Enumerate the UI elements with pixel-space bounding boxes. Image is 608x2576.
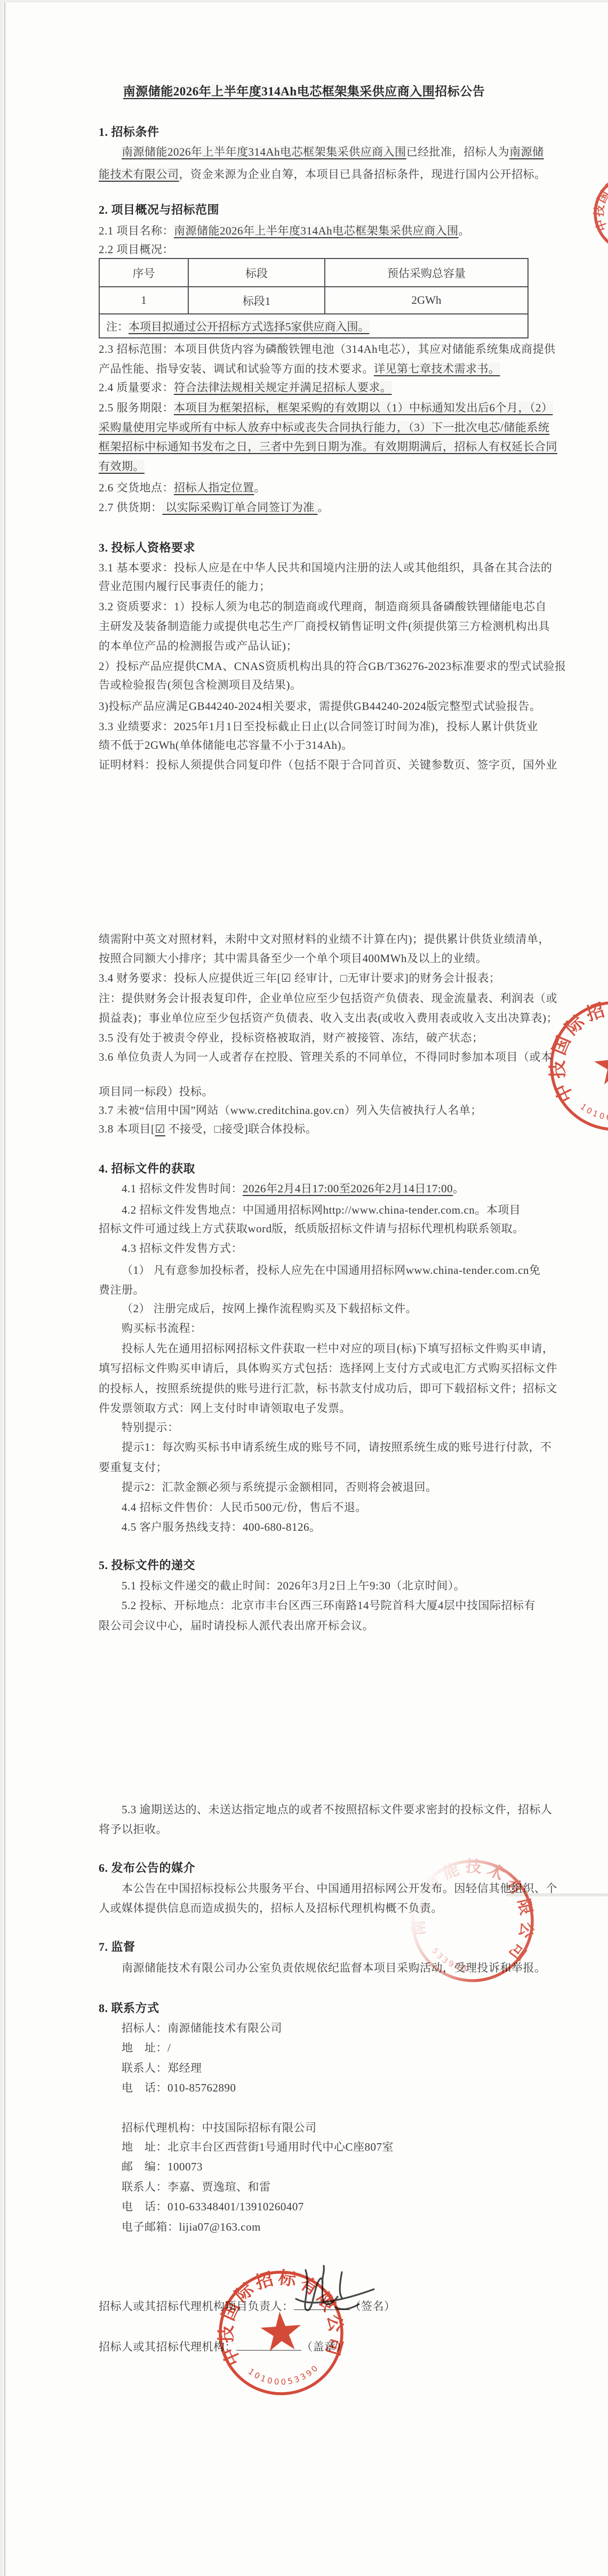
table-row: 序号标段预估采购总容量 [99,259,528,287]
section-heading: 1. 招标条件 [99,122,159,142]
text-span: （1） 凡有意参加投标者，投标人应先在中国通用招标网www.china-tend… [122,1264,540,1277]
text-line: 提示2：汇款金额必须与系统提示金额相同，否则将会被退回。 [122,1477,437,1497]
text-line: 3.5 没有处于被责令停业，投标资格被取消，财产被接管、冻结，破产状态； [99,1028,484,1048]
section-heading: 7. 监督 [99,1937,135,1957]
table-header-cell: 预估采购总容量 [325,259,528,287]
text-span: 4.2 招标文件发售地点：中国通用招标网http://www.china-ten… [122,1204,521,1216]
text-line: 购买标书流程： [122,1318,202,1338]
text-line: 2.2 项目概况： [99,239,174,260]
text-span: 注：提供财务会计报表复印件，企业单位应至少包括资产负债表、现金流量表、利润表（或 [99,992,557,1005]
text-line: 2.3 招标范围：本项目供货内容为磷酸铁锂电池（314Ah电芯），其应对储能系统… [99,339,556,359]
text-span: 已经批准，招标人为 [406,146,510,158]
text-span: 3.2 资质要求：1）投标人须为电芯的制造商或代理商，制造商须具备磷酸铁锂储能电… [99,600,547,613]
text-span: 绩需附中英文对照材料，未附中文对照材料的业绩不计算在内)；提供累计供货业绩清单， [99,933,550,946]
text-span: 1. 招标条件 [99,125,159,139]
underlined-text: 南源储能2026年上半年度314Ah电芯框架集采供应商入围 [122,146,406,158]
text-span: 告或检验报告(须包含检测项目及结果)。 [99,679,302,691]
text-span: 招标文件可通过线上方式获取word版，纸质版招标文件请与招标代理机构联系领取。 [99,1222,524,1235]
text-span: 填写招标文件购买申请后，具体购买方式包括：选择网上支付方式或电汇方式购买招标文件 [99,1362,557,1375]
text-line: 4.5 客户服务热线支持：400-680-8126。 [122,1517,321,1537]
underlined-text: 2026年2月4日17:00至2026年2月14日17:00 [243,1182,453,1195]
text-line: 损益表)；事业单位应至少包括资产负债表、收入支出表(或收入费用表或收入支出决算表… [99,1008,558,1028]
underlined-text: ☑ [155,1123,165,1135]
text-line: 5.1 投标文件递交的截止时间：2026年3月2日上午9:30（北京时间）。 [122,1576,465,1596]
underlined-text: 能技术有限公司 [99,168,179,181]
text-span: 地 址：/ [122,2041,171,2054]
table-note-cell: 注：本项目拟通过公开招标方式选择5家供应商入围。 [99,314,528,338]
text-span: 投标人先在通用招标网招标文件获取一栏中对应的项目(标)下填写招标文件购买申请， [122,1342,554,1355]
text-span: 的本单位产品的检测报告或产品认证)； [99,640,298,652]
svg-text:中技国际招标有限公司: 中技国际招标有限公司 [592,172,608,233]
text-span: 产品性能、指导安装、调试和试验等方面的技术要求。 [99,362,374,375]
text-span: 3.8 本项目[ [99,1123,155,1135]
document-title: 南源储能2026年上半年度314Ah电芯框架集采供应商入围招标公告 [0,82,608,102]
text-span: 提示2：汇款金额必须与系统提示金额相同，否则将会被退回。 [122,1481,437,1493]
text-line: 提示1：每次购买标书申请系统生成的账号不同，请按照系统生成的账号进行付款，不 [122,1437,552,1457]
text-span: 费注册。 [99,1283,145,1296]
scan-edge-band [0,0,7,2576]
text-span: 5.2 投标、开标地点：北京市丰台区西三环南路14号院首科大厦4层中技国际招标有 [122,1599,535,1612]
text-span: （2） 注册完成后，按网上操作流程购买及下载招标文件。 [122,1302,417,1315]
text-span: 2）投标产品应提供CMA、CNAS资质机构出具的符合GB/T36276-2023… [99,660,566,673]
text-span: 2.2 项目概况： [99,243,174,256]
underlined-text: 本项目为框架招标，框架采购的有效期以（1）中标通知发出后6个月，（2） [174,401,553,414]
text-line: 招标文件可通过线上方式获取word版，纸质版招标文件请与招标代理机构联系领取。 [99,1218,524,1239]
scan-top-edge [0,0,608,3]
table-header-cell: 标段 [188,259,325,287]
text-span: 3.3 业绩要求：2025年1月1日至投标截止日止(以合同签订时间为准)，投标人… [99,720,538,733]
text-line: 2.5 服务期限：本项目为框架招标，框架采购的有效期以（1）中标通知发出后6个月… [99,398,553,418]
text-span: 2.1 项目名称： [99,224,174,237]
text-span: 2. 项目概况与招标范围 [99,203,219,216]
text-line: 地 址：/ [122,2038,171,2058]
text-span: 联系人：郑经理 [122,2062,202,2074]
note-underlined-text: 本项目拟通过公开招标方式选择5家供应商入围。 [129,320,370,333]
underlined-text: 符合法律法规相关规定并满足招标人要求。 [174,381,392,394]
text-line: 招标代理机构：中技国际招标有限公司 [122,2118,317,2138]
text-span: 将予以拒收。 [99,1823,167,1836]
text-line: 5.3 逾期送达的、未送达指定地点的或者不按照招标文件要求密封的投标文件，招标人 [122,1799,553,1820]
text-line: 主研发及装备制造能力或提供电芯生产厂商授权销售证明文件(须提供第三方检测机构出具 [99,616,550,636]
section-heading: 6. 发布公告的媒介 [99,1858,195,1878]
text-line: 营业范围内履行民事责任的能力； [99,576,271,596]
text-span: ，资金来源为企业自筹，本项目已具备招标条件，现进行国内公开招标。 [179,168,546,181]
svg-text:中技国际招标有限公司: 中技国际招标有限公司 [540,991,608,1106]
text-span: 3.6 单位负责人为同一人或者存在控股、管理关系的不同单位，不得同时参加本项目（… [99,1051,553,1063]
text-line: 电 话：010-63348401/13910260407 [122,2197,304,2217]
text-line: 4.1 招标文件发售时间：2026年2月4日17:00至2026年2月14日17… [122,1178,465,1199]
text-line: 电子邮箱：lijia07@163.com [122,2217,261,2237]
text-span: 4. 招标文件的获取 [99,1162,195,1175]
text-span: 电 话：010-85762890 [122,2081,236,2094]
text-span: 4.3 招标文件发售方式： [122,1242,243,1255]
text-span: 3. 投标人资格要求 [99,541,195,554]
text-line: 3.2 资质要求：1）投标人须为电芯的制造商或代理商，制造商须具备磷酸铁锂储能电… [99,596,547,617]
text-span: 按照合同额大小排序；其中需具备至少一个单个项目400MWh及以上的业绩。 [99,952,487,965]
section-heading: 4. 招标文件的获取 [99,1159,195,1179]
agency-seal-right-edge-icon: 中技国际招标有限公司1101060 [539,990,608,1142]
text-line: 注：提供财务会计报表复印件，企业单位应至少包括资产负债表、现金流量表、利润表（或 [99,988,557,1008]
text-line: 5.2 投标、开标地点：北京市丰台区西三环南路14号院首科大厦4层中技国际招标有 [122,1595,535,1616]
text-line: 联系人：李嘉、贾逸瑄、和雷 [122,2177,271,2197]
text-span: 3.1 基本要求：投标人应是在中华人民共和国境内注册的法人或其他组织，具备在其合… [99,561,553,574]
text-line: 绩需附中英文对照材料，未附中文对照材料的业绩不计算在内)；提供累计供货业绩清单， [99,929,550,949]
text-line: 人或媒体提供信息而造成损失的，招标人及招标代理机构概不负责。 [99,1898,443,1918]
text-line: 地 址：北京丰台区西营街1号通用时代中心C座807室 [122,2137,394,2157]
text-span: 项目同一标段）投标。 [99,1085,213,1098]
table-cell: 1 [99,287,188,314]
text-line: 4.3 招标文件发售方式： [122,1238,243,1258]
text-line: 按照合同额大小排序；其中需具备至少一个单个项目400MWh及以上的业绩。 [99,948,487,968]
text-span: 6. 发布公告的媒介 [99,1861,195,1875]
text-line: 3.8 本项目[☑ 不接受，□接受]联合体投标。 [99,1119,317,1139]
text-span: 人或媒体提供信息而造成损失的，招标人及招标代理机构概不负责。 [99,1902,443,1915]
text-span: 4.1 招标文件发售时间： [122,1182,243,1195]
text-line: 项目同一标段）投标。 [99,1081,213,1102]
text-span: 。 [459,224,470,237]
text-line: 的投标人，按照系统提供的账号进行汇款，标书款支付成功后，即可下载招标文件；招标文 [99,1378,557,1399]
text-line: 2.7 供货期： 以实际采购订单合同签订为准 。 [99,497,329,518]
text-line: 费注册。 [99,1280,145,1300]
text-line: 3)投标产品应满足GB44240-2024相关要求，需提供GB44240-202… [99,696,541,716]
svg-text:1101060: 1101060 [574,1058,608,1126]
text-line: 将予以拒收。 [99,1819,167,1839]
text-span: 3.4 财务要求：投标人应提供近三年[☑ 经审计，□无审计要求]的财务会计报表； [99,972,500,984]
text-span: 招标公告 [435,85,485,98]
text-span: 4.5 客户服务热线支持：400-680-8126。 [122,1521,321,1533]
table-cell: 标段1 [188,287,325,314]
document-page: 南源储能2026年上半年度314Ah电芯框架集采供应商入围招标公告1. 招标条件… [0,0,608,2576]
text-span: 2.7 供货期： [99,501,163,514]
text-line: 3.1 基本要求：投标人应是在中华人民共和国境内注册的法人或其他组织，具备在其合… [99,558,553,578]
text-line: 4.4 招标文件售价：人民币500元/份，售后不退。 [122,1497,367,1517]
text-span: 主研发及装备制造能力或提供电芯生产厂商授权销售证明文件(须提供第三方检测机构出具 [99,620,550,633]
table-note-row: 注：本项目拟通过公开招标方式选择5家供应商入围。 [99,314,528,338]
text-line: 4.2 招标文件发售地点：中国通用招标网http://www.china-ten… [122,1200,521,1220]
text-line: 能技术有限公司，资金来源为企业自筹，本项目已具备招标条件，现进行国内公开招标。 [99,164,546,184]
text-line: 3.3 业绩要求：2025年1月1日至投标截止日止(以合同签订时间为准)，投标人… [99,716,538,737]
text-line: 限公司会议中心，届时请投标人派代表出席开标会议。 [99,1616,374,1636]
text-line: 2）投标产品应提供CMA、CNAS资质机构出具的符合GB/T36276-2023… [99,656,566,676]
text-span: 件发票领取方式：网上支付时申请领取电子发票。 [99,1402,351,1415]
text-span: 2.4 质量要求： [99,381,174,394]
svg-text:533908: 533908 [427,1944,473,1974]
text-span: 2.5 服务期限： [99,401,174,414]
text-line: （2） 注册完成后，按网上操作流程购买及下载招标文件。 [122,1298,417,1319]
underlined-text: 框架招标中标通知书发布之日，三者中先到日期为准。有效期期满后，招标人有权延长合同 [99,440,557,453]
underlined-text: 南源储能2026年上半年度314Ah电芯框架集采供应商入围 [123,85,435,98]
text-span: 限公司会议中心，届时请投标人派代表出席开标会议。 [99,1619,374,1632]
handwritten-signature-icon [291,2263,381,2327]
underlined-text: 以实际采购订单合同签订为准 [163,501,318,514]
section-heading: 8. 联系方式 [99,1998,159,2018]
text-span: 3.7 未被“信用中国”网站（www.creditchina.gov.cn）列入… [99,1104,482,1117]
text-line: 电 话：010-85762890 [122,2078,236,2098]
text-line: 框架招标中标通知书发布之日，三者中先到日期为准。有效期期满后，招标人有权延长合同 [99,437,557,457]
text-line: （1） 凡有意参加投标者，投标人应先在中国通用招标网www.china-tend… [122,1260,540,1280]
text-line: 3.7 未被“信用中国”网站（www.creditchina.gov.cn）列入… [99,1100,482,1120]
table-header-cell: 序号 [99,259,188,287]
text-span: 3.5 没有处于被责令停业，投标资格被取消，财产被接管、冻结，破产状态； [99,1031,484,1044]
text-span: 绩不低于2GWh(单体储能电芯容量不小于314Ah)。 [99,739,353,752]
text-span: 5.3 逾期送达的、未送达指定地点的或者不按照招标文件要求密封的投标文件，招标人 [122,1803,553,1816]
text-span: 4.4 招标文件售价：人民币500元/份，售后不退。 [122,1501,367,1514]
agency-seal-top-edge-icon: 中技国际招标有限公司 [590,169,608,257]
text-line: 的本单位产品的检测报告或产品认证)； [99,636,298,656]
underlined-text: 采购量使用完毕或所有中标人放弃中标或丧失合同执行能力，（3）下一批次电芯/储能系… [99,421,549,434]
text-span: 2.3 招标范围：本项目供货内容为磷酸铁锂电池（314Ah电芯），其应对储能系统… [99,343,556,356]
text-line: 证明材料：投标人须提供合同复印件（包括不限于合同首页、关键参数页、签字页，国外业 [99,755,557,775]
text-line: 产品性能、指导安装、调试和试验等方面的技术要求。详见第七章技术需求书。 [99,359,500,379]
underlined-text: 招标人指定位置 [174,481,254,494]
text-span: 招标代理机构：中技国际招标有限公司 [122,2121,317,2134]
text-span: 证明材料：投标人须提供合同复印件（包括不限于合同首页、关键参数页、签字页，国外业 [99,758,557,771]
text-line: 2.4 质量要求：符合法律法规相关规定并满足招标人要求。 [99,377,392,398]
text-span: 8. 联系方式 [99,2001,159,2015]
text-line: 邮 编：100073 [122,2157,203,2177]
text-line: 告或检验报告(须包含检测项目及结果)。 [99,675,302,695]
text-span: 电子邮箱：lijia07@163.com [122,2220,261,2233]
section-heading: 3. 投标人资格要求 [99,538,195,558]
table-cell: 2GWh [325,287,528,314]
text-line: 绩不低于2GWh(单体储能电芯容量不小于314Ah)。 [99,735,353,755]
text-span: 营业范围内履行民事责任的能力； [99,580,271,593]
text-line: 3.6 单位负责人为同一人或者存在控股、管理关系的不同单位，不得同时参加本项目（… [99,1047,553,1067]
text-line: 有效期。 [99,456,145,477]
text-span: 招标人：南源储能技术有限公司 [122,2022,282,2034]
text-span: 购买标书流程： [122,1322,202,1335]
svg-text:南源储能技术有限公司: 南源储能技术有限公司 [403,1843,551,1969]
text-span: 7. 监督 [99,1940,135,1953]
project-overview-table: 序号标段预估采购总容量1标段12GWh注：本项目拟通过公开招标方式选择5家供应商… [99,258,529,338]
text-line: 联系人：郑经理 [122,2058,202,2078]
underlined-text: 南源储 [509,146,544,158]
section-heading: 2. 项目概况与招标范围 [99,200,219,220]
scan-edge-line [4,0,5,2576]
text-span: 的投标人，按照系统提供的账号进行汇款，标书款支付成功后，即可下载招标文件；招标文 [99,1382,557,1395]
text-span: 。 [318,501,330,514]
text-span: 2.6 交货地点： [99,481,174,494]
text-span: 电 话：010-63348401/13910260407 [122,2200,304,2213]
text-span: 要重复支付； [99,1461,167,1474]
underlined-text: 详见第七章技术需求书。 [374,362,500,375]
text-span: 3)投标产品应满足GB44240-2024相关要求，需提供GB44240-202… [99,700,541,713]
text-line: 填写招标文件购买申请后，具体购买方式包括：选择网上支付方式或电汇方式购买招标文件 [99,1358,557,1378]
table-row: 1标段12GWh [99,287,528,314]
text-span: 邮 编：100073 [122,2160,203,2173]
text-line: 招标人：南源储能技术有限公司 [122,2018,282,2038]
text-line: 南源储能2026年上半年度314Ah电芯框架集采供应商入围已经批准，招标人为南源… [122,142,544,162]
text-span: 不接受，□接受]联合体投标。 [165,1123,317,1135]
text-line: 采购量使用完毕或所有中标人放弃中标或丧失合同执行能力，（3）下一批次电芯/储能系… [99,417,549,438]
underlined-text: 有效期。 [99,460,145,473]
text-line: 要重复支付； [99,1457,167,1477]
text-span: 。 [453,1182,465,1195]
text-line: 投标人先在通用招标网招标文件获取一栏中对应的项目(标)下填写招标文件购买申请， [122,1338,554,1359]
text-span: 提示1：每次购买标书申请系统生成的账号不同，请按照系统生成的账号进行付款，不 [122,1441,552,1453]
text-span: 损益表)；事业单位应至少包括资产负债表、收入支出表(或收入费用表或收入支出决算表… [99,1012,558,1024]
section-heading: 5. 投标文件的递交 [99,1555,195,1576]
text-line: 3.4 财务要求：投标人应提供近三年[☑ 经审计，□无审计要求]的财务会计报表； [99,968,500,988]
text-span: 地 址：北京丰台区西营街1号通用时代中心C座807室 [122,2141,394,2153]
text-line: 2.6 交货地点：招标人指定位置。 [99,478,266,498]
text-span: 联系人：李嘉、贾逸瑄、和雷 [122,2181,271,2193]
text-span: 5. 投标文件的递交 [99,1558,195,1572]
text-line: 特别提示： [122,1417,179,1438]
underlined-text: 南源储能2026年上半年度314Ah电芯框架集采供应商入围 [174,224,459,237]
text-line: 件发票领取方式：网上支付时申请领取电子发票。 [99,1398,351,1418]
note-prefix: 注： [106,320,129,333]
text-span: 。 [254,481,266,494]
text-line: 2.1 项目名称：南源储能2026年上半年度314Ah电芯框架集采供应商入围。 [99,221,470,241]
text-span: 特别提示： [122,1421,179,1434]
text-span: 5.1 投标文件递交的截止时间：2026年3月2日上午9:30（北京时间）。 [122,1579,465,1592]
